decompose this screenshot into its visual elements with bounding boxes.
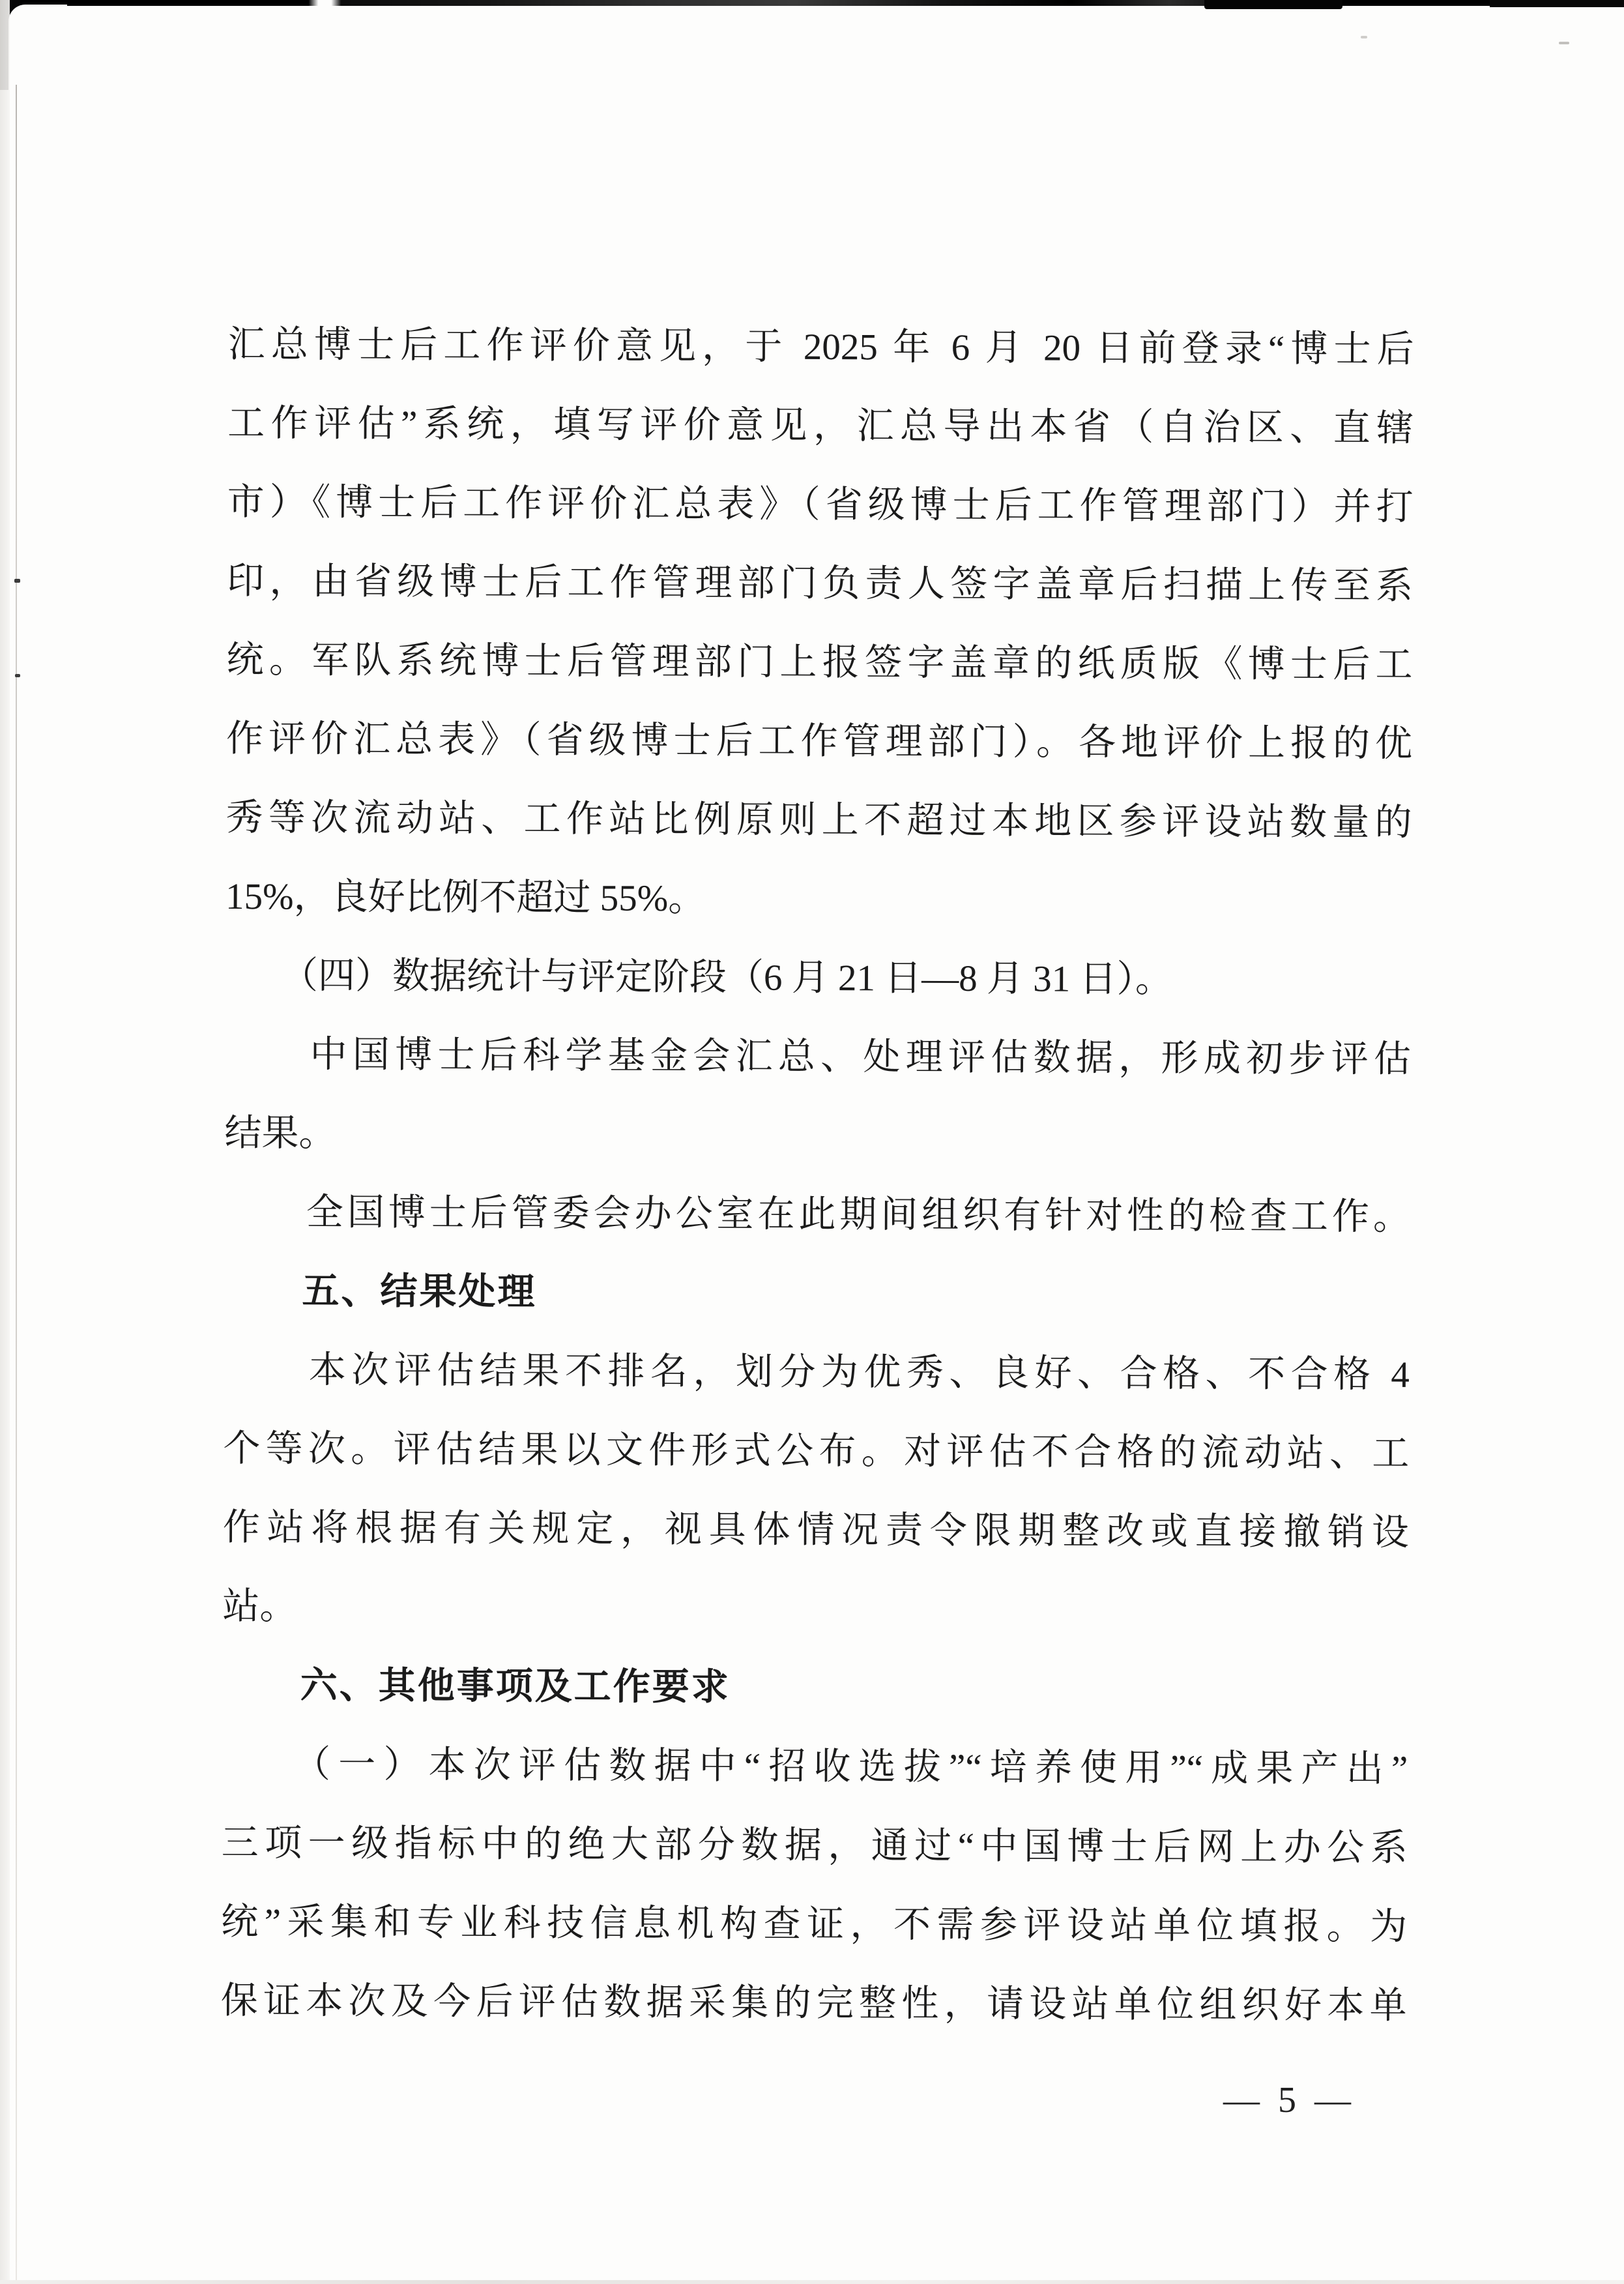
text-line: 全国博士后管委会办公室在此期间组织有针对性的检查工作。 xyxy=(224,1173,1411,1257)
text-line: 统。军队系统博士后管理部门上报签字盖章的纸质版《博士后工 xyxy=(226,621,1413,705)
text-line: 统”采集和专业科技信息机构查证，不需参评设站单位填报。为 xyxy=(221,1882,1408,1967)
text-line: 作站将根据有关规定，视具体情况责令限期整改或直接撤销设 xyxy=(223,1488,1410,1572)
scan-speck-artifact xyxy=(1559,42,1569,44)
section-heading: 六、其他事项及工作要求 xyxy=(222,1646,1408,1730)
scan-edge-bottom-artifact xyxy=(0,2280,1624,2284)
text-line: 印，由省级博士后工作管理部门负责人签字盖章后扫描上传至系 xyxy=(227,542,1414,626)
text-line: （一）本次评估数据中“招收选拔”“培养使用”“成果产出” xyxy=(222,1725,1408,1809)
document-body: 汇总博士后工作评价意见，于 2025 年 6 月 20 日前登录“博士后工作评估… xyxy=(220,305,1414,2045)
scan-left-fold-line xyxy=(16,85,17,2284)
text-line: 站。 xyxy=(222,1567,1409,1651)
text-line: 工作评估”系统，填写评价意见，汇总导出本省（自治区、直辖 xyxy=(227,384,1414,468)
text-line: 保证本次及今后评估数据采集的完整性，请设站单位组织好本单 xyxy=(220,1961,1407,2045)
page-number: — 5 — xyxy=(1202,2074,1372,2126)
text-line: 三项一级指标中的绝大部分数据，通过“中国博士后网上办公系 xyxy=(221,1804,1408,1888)
scan-edge-dash-artifact xyxy=(1490,0,1624,7)
text-line: 个等次。评估结果以文件形式公布。对评估不合格的流动站、工 xyxy=(223,1409,1410,1493)
text-line: 市）《博士后工作评价汇总表》（省级博士后工作管理部门）并打 xyxy=(227,463,1414,547)
text-line: 15%，良好比例不超过 55%。 xyxy=(225,857,1412,941)
scan-edge-dash-artifact xyxy=(1204,0,1342,9)
scanned-document-page: 汇总博士后工作评价意见，于 2025 年 6 月 20 日前登录“博士后工作评估… xyxy=(0,0,1624,2284)
text-line: 结果。 xyxy=(224,1094,1411,1178)
scan-speck-artifact xyxy=(1361,36,1367,38)
text-line: 中国博士后科学基金会汇总、处理评估数据，形成初步评估 xyxy=(225,1015,1412,1099)
text-line: 汇总博士后工作评价意见，于 2025 年 6 月 20 日前登录“博士后 xyxy=(227,305,1414,389)
text-line: 秀等次流动站、工作站比例原则上不超过本地区参评设站数量的 xyxy=(225,778,1412,862)
text-line: 本次评估结果不排名，划分为优秀、良好、合格、不合格 4 xyxy=(224,1330,1410,1414)
text-line: （四）数据统计与评定阶段（6 月 21 日—8 月 31 日）。 xyxy=(225,936,1412,1020)
section-heading: 五、结果处理 xyxy=(224,1252,1410,1336)
scan-speck-artifact xyxy=(15,674,20,677)
page-rounded-corner xyxy=(8,5,67,109)
scan-speck-artifact xyxy=(14,579,20,583)
scan-edge-top-artifact xyxy=(0,0,1624,6)
text-line: 作评价汇总表》（省级博士后工作管理部门）。各地评价上报的优 xyxy=(226,699,1413,783)
scan-edge-left-artifact xyxy=(0,0,10,2284)
